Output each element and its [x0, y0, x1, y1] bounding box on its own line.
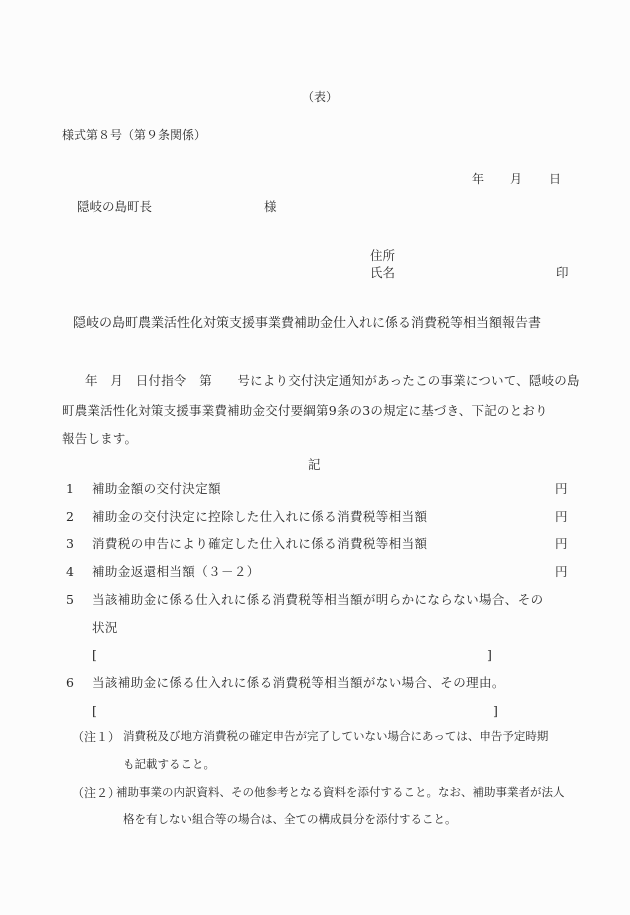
note-label: （注１） — [72, 731, 120, 743]
date-day-label: 日 — [549, 173, 561, 185]
address-label: 住所 — [370, 250, 395, 263]
item-unit: 円 — [555, 566, 568, 579]
item-text: 補助金の交付決定に控除した仕入れに係る消費税等相当額 — [92, 511, 427, 524]
item-unit: 円 — [555, 511, 568, 524]
note-line-1: 補助事業の内訳資料、その他参考となる資料を添付すること。なお、補助事業者が法人 — [116, 787, 565, 799]
note-label: （注２） — [72, 787, 120, 799]
bracket-close: ] — [493, 705, 498, 718]
item-unit: 円 — [555, 538, 568, 551]
item-unit: 円 — [555, 483, 568, 496]
form-number: 様式第８号（第９条関係） — [62, 129, 206, 141]
seal-label: 印 — [556, 267, 569, 280]
item-number: 6 — [66, 677, 74, 690]
document-title: 隠岐の島町農業活性化対策支援事業費補助金仕入れに係る消費税等相当額報告書 — [73, 317, 541, 330]
bracket-open: [ — [92, 649, 97, 662]
bracket-open: [ — [92, 705, 97, 718]
note-line-2: 格を有しない組合等の場合は、全ての構成員分を添付すること。 — [123, 814, 457, 826]
date-year-label: 年 — [472, 173, 484, 185]
item-number: 1 — [66, 483, 74, 496]
item-number: 5 — [66, 594, 74, 607]
note-line-1: 消費税及び地方消費税の確定申告が完了していない場合にあっては、申告予定時期 — [123, 731, 548, 743]
item-number: 4 — [66, 566, 74, 579]
item-text: 当該補助金に係る仕入れに係る消費税等相当額が明らかにならない場合、その — [92, 594, 544, 607]
body-line-2: 町農業活性化対策支援事業費補助金交付要綱第9条の3の規定に基づき、下記のとおり — [62, 405, 548, 418]
item-number: 2 — [66, 511, 74, 524]
item-text: 当該補助金に係る仕入れに係る消費税等相当額がない場合、その理由。 — [92, 677, 505, 690]
bracket-close: ] — [487, 649, 492, 662]
note-line-2: も記載すること。 — [123, 759, 215, 771]
addressee-honorific: 様 — [264, 201, 277, 214]
body-line-1: 年 月 日付指令 第 号により交付決定通知があったこの事業について、隠岐の島 — [85, 375, 580, 388]
addressee-name: 隠岐の島町長 — [77, 201, 152, 214]
body-line-3: 報告します。 — [62, 433, 137, 446]
item-number: 3 — [66, 538, 74, 551]
name-label: 氏名 — [370, 267, 395, 280]
item-text: 補助金額の交付決定額 — [92, 483, 221, 496]
date-month-label: 月 — [510, 173, 522, 185]
ki-heading: 記 — [308, 459, 321, 472]
item-text: 補助金返還相当額（３－２） — [92, 566, 260, 579]
page-side-label: （表） — [302, 91, 338, 103]
item-text-continued: 状況 — [92, 622, 118, 635]
item-text: 消費税の申告により確定した仕入れに係る消費税等相当額 — [92, 538, 427, 551]
